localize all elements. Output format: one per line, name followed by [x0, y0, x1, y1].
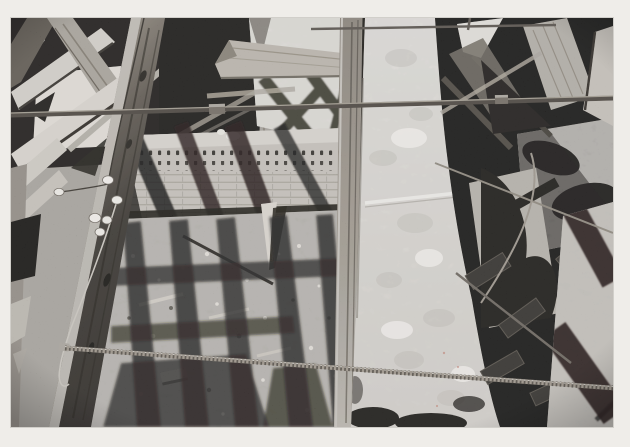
- photo-image: [11, 18, 613, 427]
- scanned-photo-print: [0, 0, 630, 447]
- construction-photo: [11, 18, 613, 427]
- vignette: [11, 18, 613, 427]
